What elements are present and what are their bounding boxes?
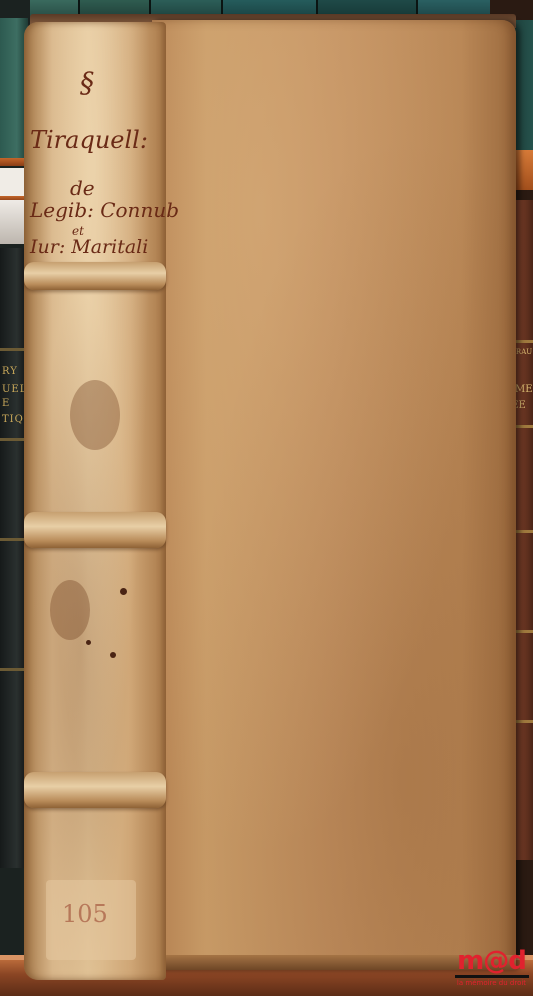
book-spine [24,22,166,980]
watermark: m@d la mémoire du droit [450,948,533,994]
book-photo: RY UEL E TIQU ERTRAU OI TEME MÉE § Tiraq… [0,0,533,996]
spine-label-number: 105 [62,900,108,928]
spine-flourish: § [80,66,94,99]
spine-title-line5: Iur: Maritali [30,236,148,258]
spine-stain [70,380,120,450]
book-front-cover [152,20,516,970]
watermark-tagline: la mémoire du droit [450,979,533,988]
left-book-label: E [2,398,10,409]
spine-title-line2: de [70,176,95,200]
left-book-label: RY [2,366,18,377]
wormhole [86,640,91,645]
wormhole [110,652,116,658]
spine-raised-band-torn [24,512,166,548]
spine-stain [50,580,90,640]
watermark-logo: m@d [450,948,533,974]
spine-title-line1: Tiraquell: [30,126,148,154]
wormhole [120,588,127,595]
spine-raised-band [24,262,166,290]
spine-raised-band-worn [24,772,166,808]
spine-title-line3: Legib: Connub [30,198,179,222]
